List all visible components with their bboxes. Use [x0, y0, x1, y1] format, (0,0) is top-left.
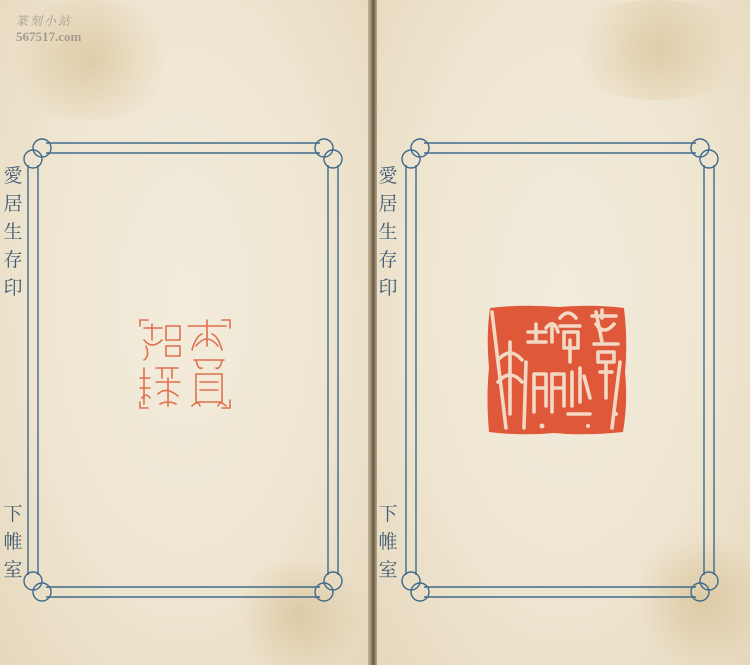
right-margin-bottom-label: 下帷室 — [378, 503, 397, 581]
right-seal-impression — [484, 302, 630, 442]
watermark-chinese: 篆刻小站 — [16, 14, 81, 29]
left-margin-top-label: 愛居生存印 — [3, 165, 22, 299]
paper-stain — [557, 0, 750, 100]
right-margin-bottom-text: 下帷室 — [377, 500, 399, 584]
watermark: 篆刻小站 567517.com — [16, 14, 81, 44]
left-margin-bottom-text: 下帷室 — [2, 500, 24, 584]
left-margin-top-text: 愛居生存印 — [2, 162, 24, 302]
right-margin-top-label: 愛居生存印 — [378, 165, 397, 299]
seal-intaglio-icon — [484, 302, 630, 438]
watermark-url: 567517.com — [16, 29, 81, 44]
book-gutter — [368, 0, 377, 665]
right-margin-top-text: 愛居生存印 — [377, 162, 399, 302]
left-margin-bottom-label: 下帷室 — [3, 503, 22, 581]
left-seal-impression — [136, 316, 234, 416]
seal-relief-icon — [136, 316, 234, 412]
